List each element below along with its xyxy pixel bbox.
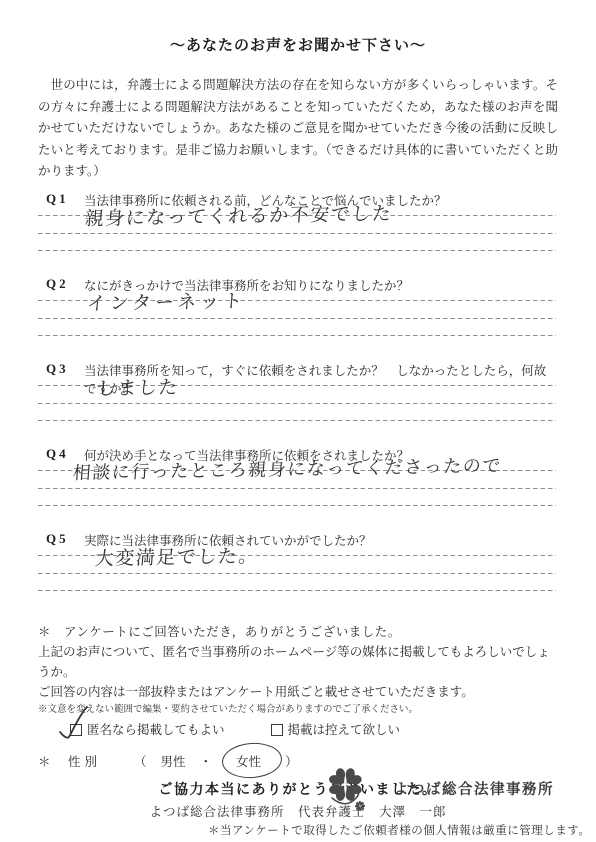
question-number: Q2 (46, 276, 69, 292)
question-number: Q4 (46, 446, 69, 462)
gender-male: 男性 (161, 752, 200, 770)
dashed-answer-line (38, 403, 556, 405)
question-number: Q5 (46, 531, 69, 547)
checkbox-icon (70, 724, 82, 736)
dashed-answer-line (38, 318, 556, 320)
question-block-q1: Q1 当法律事務所に依頼される前，どんなことで悩んでいましたか？ 親身になってく… (38, 191, 558, 276)
question-number: Q3 (46, 361, 69, 377)
option-anonymous-ok: 匿名なら掲載してもよい (70, 720, 225, 740)
handwritten-circle-icon (221, 740, 283, 779)
handwritten-answer: 大変満足でした。 (94, 541, 260, 571)
publish-detail-line: ご回答の内容は一部抜粋またはアンケート用紙ごと載せさせていただきます。 (38, 682, 558, 702)
paren-open: （ (120, 752, 161, 770)
handwritten-answer: しました (96, 372, 180, 400)
clover-logo-icon (316, 760, 372, 816)
question-list: Q1 当法律事務所に依頼される前，どんなことで悩んでいましたか？ 親身になってく… (0, 191, 596, 616)
intro-paragraph: 世の中には，弁護士による問題解決方法の存在を知らない方が多くいらっしゃいます。そ… (38, 75, 558, 183)
firm-logo: よつば総合法律事務所 (316, 760, 554, 816)
dashed-answer-line (38, 250, 556, 252)
firm-name-logo: よつば総合法律事務所 (394, 778, 554, 799)
dashed-answer-line (38, 335, 556, 337)
survey-document: ～あなたのお声をお聞かせ下さい～ 世の中には，弁護士による問題解決方法の存在を知… (0, 0, 596, 842)
handwritten-answer: 親身になってくれるか不安でした (84, 198, 393, 230)
gender-star: ＊ (38, 752, 68, 770)
question-block-q3: Q3 当法律事務所を知って，すぐに依頼をされましたか？ しなかったとしたら，何故… (38, 361, 558, 446)
publish-permission-line: 上記のお声について、匿名で当事務所のホームページ等の媒体に掲載してもよろしいでし… (38, 642, 558, 682)
privacy-note: ＊当アンケートで取得したご依頼者様の個人情報は厳重に管理します。 (208, 822, 596, 838)
handwritten-answer: インターネット (86, 286, 247, 316)
closing-section: ＊ アンケートにご回答いただき，ありがとうございました。 上記のお声について、匿… (38, 622, 558, 774)
dashed-answer-line (38, 590, 556, 592)
gender-female: 女性 (226, 750, 271, 772)
dashed-answer-line (38, 488, 556, 490)
question-block-q5: Q5 実際に当法律事務所に依頼されていかがでしたか？ 大変満足でした。 (38, 531, 558, 616)
question-number: Q1 (46, 191, 69, 207)
dashed-answer-line (38, 420, 556, 422)
dashed-answer-line (38, 505, 556, 507)
dashed-answer-line (38, 233, 556, 235)
survey-thanks-line: ＊ アンケートにご回答いただき，ありがとうございました。 (38, 622, 558, 642)
question-block-q4: Q4 何が決め手となって当法律事務所に依頼をされましたか？ 相談に行ったところ親… (38, 446, 558, 531)
option-no-publish-label: 掲載は控えて欲しい (288, 720, 401, 740)
dashed-answer-line (38, 573, 556, 575)
option-no-publish: 掲載は控えて欲しい (271, 720, 401, 740)
option-anonymous-ok-label: 匿名なら掲載してもよい (87, 720, 225, 740)
checkbox-icon (271, 724, 283, 736)
page-title: ～あなたのお声をお聞かせ下さい～ (0, 0, 596, 55)
question-block-q2: Q2 なにがきっかけで当法律事務所をお知りになりましたか？ インターネット (38, 276, 558, 361)
gender-label: 性別 (68, 752, 120, 770)
edit-note: ※文意を変えない範囲で編集・要約させていただく場合がありますのでご了承ください。 (38, 703, 558, 717)
publish-options: 匿名なら掲載してもよい 掲載は控えて欲しい (38, 720, 558, 740)
